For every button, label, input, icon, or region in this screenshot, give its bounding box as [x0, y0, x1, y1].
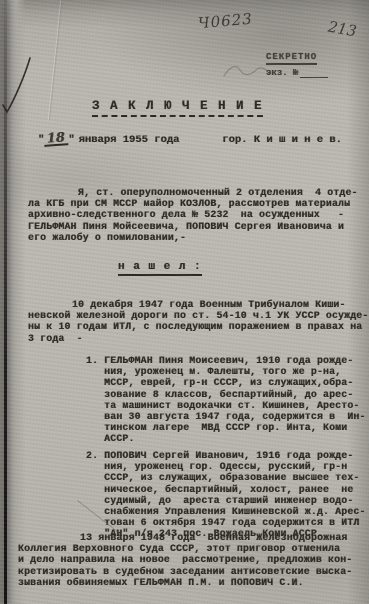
secrecy-stamp: СЕКРЕТНО экз. № — [266, 46, 328, 78]
close-quote: " — [68, 134, 74, 146]
convict-details: ПОПОВИЧ Сергей Иванович, 1916 года рожде… — [104, 450, 365, 540]
page-binding-edge — [4, 0, 7, 604]
copy-label: экз. № — [266, 68, 298, 78]
date-line: " 18 " января 1955 года гор. К и ш и н е… — [38, 133, 348, 146]
convict-entry-gelfman: 1. ГЕЛЬФМАН Пиня Моисеевич, 1910 года ро… — [86, 355, 366, 445]
appeal-paragraph: 13 января 1948 года Военная Железнодорож… — [18, 532, 352, 588]
date-text: января 1955 года — [79, 134, 180, 146]
convict-details: ГЕЛЬФМАН Пиня Моисеевич, 1910 года рожде… — [104, 355, 365, 445]
handwritten-page-number: 213 — [327, 18, 358, 41]
pencil-scribble — [220, 56, 272, 84]
paper-crease — [48, 0, 62, 119]
document-title: З А К Л Ю Ч Е Н И Е — [92, 99, 263, 117]
handwritten-day: 18 — [44, 132, 69, 147]
scanned-document-page: Ч0623 213 СЕКРЕТНО экз. № З А К Л Ю Ч Е … — [0, 0, 369, 604]
convict-entry-popovich: 2. ПОПОВИЧ Сергей Иванович, 1916 года ро… — [86, 450, 366, 540]
convict-number: 2. — [86, 450, 98, 540]
copy-number-blank — [300, 68, 328, 78]
convict-number: 1. — [86, 355, 98, 445]
secret-stamp-text: СЕКРЕТНО — [266, 52, 317, 65]
city-label: гор. К и ш и н е в. — [222, 134, 342, 146]
intro-paragraph: Я, ст. оперуполномоченный 2 отделения 4 … — [28, 187, 358, 243]
handwritten-archive-number: Ч0623 — [197, 10, 253, 33]
verdict-paragraph: 10 декабря 1947 года Военным Трибуналом … — [28, 299, 368, 344]
copy-number-line: экз. № — [266, 68, 328, 78]
found-heading: н а ш е л : — [118, 261, 202, 276]
